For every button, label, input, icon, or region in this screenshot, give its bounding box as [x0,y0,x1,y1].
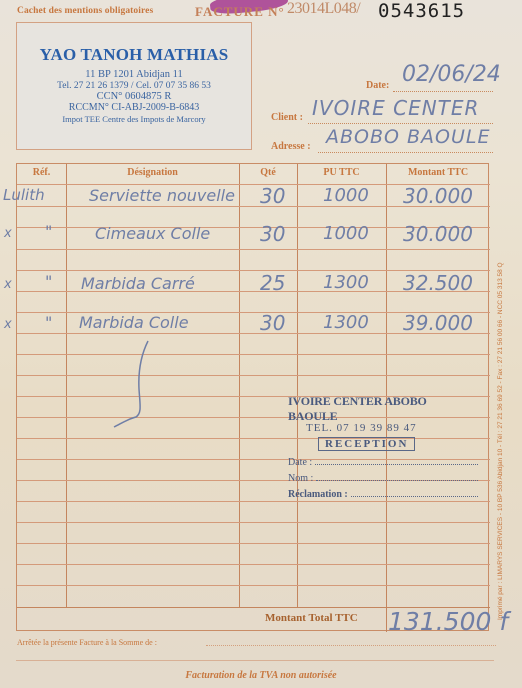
row-line [17,249,490,250]
printer-imprint: Imprimé par : LIMARYS SERVICES - 10 BP 5… [497,190,504,620]
row-line [17,564,490,565]
reception-stamp: IVOIRE CENTER ABOBO BAOULE TEL. 07 19 39… [288,394,478,504]
reception-date-field: Date : [288,457,478,468]
reception-claim-label: Réclamation : [288,489,348,500]
tva-notice: Facturation de la TVA non autorisée [0,670,522,681]
address-value: ABOBO BAOULE [326,126,491,148]
column-divider [297,164,298,607]
issuer-address: 11 BP 1201 Abidjan 11 [17,70,251,80]
row-3-qty: 25 [260,271,285,295]
client-label: Client : [271,112,303,123]
total-label: Montant Total TTC [265,612,358,624]
row-2-unit-price: 1000 [323,223,369,244]
row-3-ref: " [45,272,52,291]
row-1-designation: Serviette nouvelle [89,186,235,205]
row-line [17,585,490,586]
row-3-mark: x [4,277,12,292]
row-2-qty: 30 [260,222,285,246]
issuer-name: YAO TANOH MATHIAS [17,45,251,65]
issuer-stamp-box: YAO TANOH MATHIAS 11 BP 1201 Abidjan 11 … [16,22,252,150]
reception-date-label: Date : [288,457,312,468]
row-3-amount: 32.500 [403,271,473,295]
row-4-designation: Marbida Colle [79,313,189,332]
issuer-tax-center: Impot TEE Centre des Impots de Marcory [17,114,251,124]
date-label: Date: [366,80,389,91]
row-3-unit-price: 1300 [323,272,369,293]
facture-ref: 23014L048/ [287,0,360,18]
footer-divider [16,660,494,661]
row-2-amount: 30.000 [403,222,473,246]
header-designation: Désignation [66,167,239,178]
reception-company: IVOIRE CENTER ABOBO BAOULE [288,394,478,424]
row-2-mark: x [4,226,12,241]
row-1-qty: 30 [260,184,285,208]
row-4-ref: " [45,313,52,332]
reception-name-label: Nom : [288,473,313,484]
row-1-amount: 30.000 [403,184,473,208]
issuer-ccn: CCN° 0604875 R [17,92,251,102]
column-divider [66,164,67,607]
amount-in-words-label: Arrêtée la présente Facture à la Somme d… [17,638,157,647]
row-1-unit-price: 1000 [323,185,369,206]
row-2-ref: " [45,222,52,241]
handwritten-bracket [112,339,162,429]
row-3-designation: Marbida Carré [81,274,195,293]
column-divider [239,164,240,607]
address-label: Adresse : [271,141,311,152]
reception-tel: TEL. 07 19 39 89 47 [306,422,478,434]
row-line [17,354,490,355]
row-line [17,522,490,523]
issuer-rccm: RCCMN° CI-ABJ-2009-B-6843 [17,103,251,113]
reception-name-field: Nom : [288,473,478,484]
row-4-amount: 39.000 [403,311,473,335]
reception-claim-field: Réclamation : [288,489,478,500]
row-line [17,543,490,544]
amount-in-words-line [206,645,496,646]
reception-badge: RECEPTION [318,437,415,451]
header-qty: Qté [239,167,297,178]
date-value: 02/06/24 [402,62,501,87]
issuer-phone: Tel. 27 21 26 1379 / Cel. 07 07 35 86 53 [17,81,251,91]
cachet-label: Cachet des mentions obligatoires [17,6,153,16]
facture-number: 0543615 [378,0,465,22]
row-1-ref: Lulith [3,186,45,204]
header-unit-price: PU TTC [297,167,386,178]
total-value: 131.500 f [388,607,508,636]
row-4-mark: x [4,317,12,332]
header-amount: Montant TTC [386,167,490,178]
header-ref: Réf. [17,167,66,178]
row-line [17,375,490,376]
row-4-qty: 30 [260,311,285,335]
facture-label: FACTURE N° [195,4,285,20]
row-2-designation: Cimeaux Colle [95,224,210,243]
row-4-unit-price: 1300 [323,312,369,333]
client-value: IVOIRE CENTER [312,96,479,120]
